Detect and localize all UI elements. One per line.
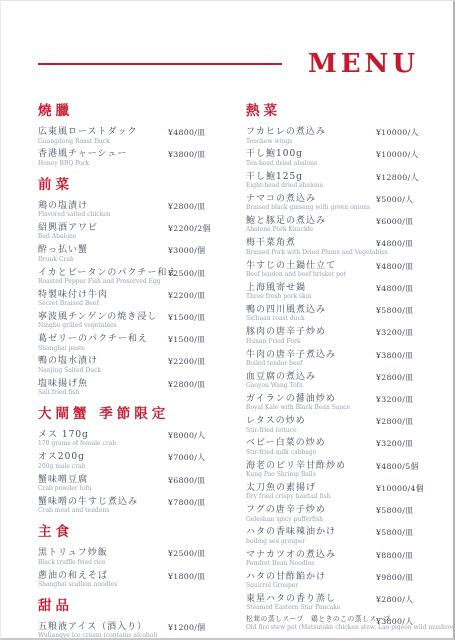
item-name-en: 170 grams of female crab [38,441,168,448]
item-name-jp: 香港風チャーシュー [38,149,168,159]
item-name-en: Dry fried crispy hairtail fish [246,494,376,501]
item-name-jp: 梅干菜角煮 [246,238,376,248]
item-price: ¥6000/皿 [376,216,438,227]
item-name-en: Salt fried fish [38,390,168,397]
menu-item: 鴨の塩水漬けNanjing Salted Duck¥2200/皿 [38,356,230,374]
section-title: 主食 [38,524,230,540]
item-name-jp: ベビー白菜の炒め [246,438,376,448]
item-name-block: イカとピータンのパクチー和えRoasted Pepper Fish and Pr… [38,268,168,286]
item-name-jp: 蟹味噌豆腐 [38,475,168,485]
menu-page: MENU 燒臘広東風ローストダックGuangdong Roast Duck¥48… [0,0,455,640]
item-price: ¥2200/2個 [168,223,230,234]
item-name-en: boiling sea grouper [246,539,376,546]
item-name-jp: 干し鮑100g [246,149,376,159]
item-price: ¥3800/皿 [376,350,438,361]
menu-item: 葛ゼリーのパクチー和えShanghai paste¥1500/皿 [38,334,230,352]
item-name-jp: ガイランの醤油炒め [246,394,376,404]
item-name-block: 梅干菜角煮Braised Pork with Dried Plums and V… [246,238,376,256]
item-name-block: 鶏の塩漬けFlavored salted chicken [38,201,168,219]
menu-item: 蟹味噌豆腐Crab powder tofu¥6800/皿 [38,475,230,493]
item-price: ¥12800/人 [376,172,438,183]
item-name-jp: 寧波風チンゲンの焼き浸し [38,312,168,322]
menu-item: 黒トリュフ炒飯Black truffle fried rice¥2500/皿 [38,548,230,566]
item-name-jp: メス 170g [38,430,168,440]
item-name-jp: 血豆腐の煮込み [246,372,376,382]
item-price: ¥4800/5個 [376,461,438,472]
item-name-en: Flavored salted chicken [38,212,168,219]
menu-item: 広東風ローストダックGuangdong Roast Duck¥4800/皿 [38,127,230,145]
item-name-jp: フグの唐辛子炒め [246,505,376,515]
item-name-en: Black truffle fried rice [38,560,168,567]
menu-item: イカとピータンのパクチー和えRoasted Pepper Fish and Pr… [38,268,230,286]
menu-column-left: 燒臘広東風ローストダックGuangdong Roast Duck¥4800/皿香… [38,103,230,640]
item-name-block: 上海風寄せ鍋Three fresh pork skin [246,283,376,301]
item-price: ¥8800/皿 [376,550,438,561]
item-name-en: Pomfret Bean Noodles [246,561,376,568]
item-name-en: Squirrel Grouper [246,583,376,590]
item-price: ¥5800/皿 [376,305,438,316]
menu-section: 大閘蟹 季節限定メス 170g170 grams of female crab¥… [38,406,230,515]
item-name-block: 葛ゼリーのパクチー和えShanghai paste [38,334,168,352]
item-name-en: Braised Pork with Dried Plums and Vegeta… [246,250,376,257]
item-name-block: レタスの炒めStir-fried lettuce [246,416,376,434]
item-price: ¥5000/人 [376,194,438,205]
menu-item: 松茸の蒸しスープ 鶏ときのこの蒸しスープOld fire stew pot (M… [246,616,438,632]
item-name-en: Beef tendon and beef brisket pot [246,272,376,279]
item-name-jp: 牛肉の唐辛子煮込み [246,350,376,360]
menu-item: ハタの香味辣油かけboiling sea grouper¥5800/皿 [246,527,438,545]
item-name-en: Braised black ginseng with green onions [246,205,376,212]
item-name-en: Stir-fried lettuce [246,428,376,435]
menu-item: 鴨の四川風煮込みSichuan roast duck¥5800/皿 [246,305,438,323]
item-name-en: Roasted Pepper Fish and Preserved Egg [38,279,168,286]
item-name-jp: レタスの炒め [246,416,376,426]
item-price: ¥4800/皿 [376,283,438,294]
item-name-block: 蔥油の和えそばShanghai scallion noodles [38,571,168,589]
section-title: 甜品 [38,598,230,614]
menu-item: 鶏の塩漬けFlavored salted chicken¥2800/皿 [38,201,230,219]
item-price: ¥10000/人 [376,149,438,160]
item-price: ¥6800/皿 [168,475,230,486]
item-name-block: ハタの香味辣油かけboiling sea grouper [246,527,376,545]
item-name-block: 五粮液アイス（酒入り）Wuliangye ice cream (contains… [38,622,168,640]
item-name-jp: 牛すじの土鍋仕立て [246,261,376,271]
item-name-jp: 葛ゼリーのパクチー和え [38,334,168,344]
menu-section: 甜品五粮液アイス（酒入り）Wuliangye ice cream (contai… [38,598,230,640]
item-name-en: Abalone Pork Knuckle [246,227,376,234]
menu-item: 紹興酒アワビBad Abalone¥2200/2個 [38,223,230,241]
item-name-block: 特製味付け牛肉Secret Braised Beef [38,290,168,308]
item-price: ¥4800/皿 [376,238,438,249]
item-name-en: Secret Braised Beef [38,301,168,308]
menu-item: ベビー白菜の炒めStir-fried milk cabbage¥3200/皿 [246,438,438,456]
item-name-block: オス200g200g male crab [38,452,168,470]
item-price: ¥3800/人 [376,616,438,627]
item-price: ¥9800/皿 [376,572,438,583]
item-name-en: Ten-head dried abalone [246,161,376,168]
item-name-jp: オス200g [38,452,168,462]
item-name-en: Ningbo grilled vegetables [38,323,168,330]
menu-item: 特製味付け牛肉Secret Braised Beef¥2200/皿 [38,290,230,308]
item-price: ¥3800/皿 [168,149,230,160]
item-name-jp: イカとピータンのパクチー和え [38,268,168,278]
item-name-en: Old fire stew pot (Matsutake chicken ste… [246,625,376,632]
item-name-block: フカヒレの煮込みTeochew wings [246,127,376,145]
menu-item: 干し鮑125gEight-head dried abalone¥12800/人 [246,172,438,190]
item-name-jp: ハタの香味辣油かけ [246,527,376,537]
menu-section: 主食黒トリュフ炒飯Black truffle fried rice¥2500/皿… [38,524,230,589]
item-name-jp: 太刀魚の素揚げ [246,483,376,493]
item-price: ¥7000/人 [168,452,230,463]
item-name-jp: 広東風ローストダック [38,127,168,137]
item-name-block: 鴨の塩水漬けNanjing Salted Duck [38,356,168,374]
item-price: ¥3000/個 [168,245,230,256]
item-name-block: マナカツオの煮込みPomfret Bean Noodles [246,550,376,568]
item-price: ¥1500/皿 [168,312,230,323]
item-name-jp: 鴨の四川風煮込み [246,305,376,315]
item-name-block: 塩味揚げ魚Salt fried fish [38,379,168,397]
menu-item: 塩味揚げ魚Salt fried fish¥2800/皿 [38,379,230,397]
item-name-en: Honey BBQ Pork [38,161,168,168]
item-name-jp: 特製味付け牛肉 [38,290,168,300]
menu-item: 五粮液アイス（酒入り）Wuliangye ice cream (contains… [38,622,230,640]
item-price: ¥2800/皿 [168,379,230,390]
item-name-block: 松茸の蒸しスープ 鶏ときのこの蒸しスープOld fire stew pot (M… [246,616,376,632]
menu-item: フカヒレの煮込みTeochew wings¥10000/人 [246,127,438,145]
menu-item: 豚肉の唐辛子炒めHunan Fried Pork¥3200/皿 [246,327,438,345]
item-price: ¥2800/皿 [376,372,438,383]
item-name-en: Royal Kale with Black Bean Sauce [246,405,376,412]
section-title: 熱菜 [246,103,438,119]
item-name-en: Bad Abalone [38,234,168,241]
menu-item: 海老のピリ辛甘酢炒めKung Pao Shrimp Balls¥4800/5個 [246,461,438,479]
menu-item: メス 170g170 grams of female crab¥8000/人 [38,430,230,448]
item-name-en: Geleshan spicy pufferfish [246,517,376,524]
item-name-block: 血豆腐の煮込みGaoyou Wang Tofu [246,372,376,390]
item-name-block: 干し鮑100gTen-head dried abalone [246,149,376,167]
section-title: 前菜 [38,177,230,193]
item-name-jp: 五粮液アイス（酒入り） [38,622,168,632]
menu-item: 梅干菜角煮Braised Pork with Dried Plums and V… [246,238,438,256]
menu-header: MENU [1,1,453,77]
item-name-block: 広東風ローストダックGuangdong Roast Duck [38,127,168,145]
item-name-jp: フカヒレの煮込み [246,127,376,137]
item-price: ¥2200/皿 [168,356,230,367]
item-name-jp: 黒トリュフ炒飯 [38,548,168,558]
item-name-en: Steamed Eastern Star Pancake [246,605,376,612]
menu-item: 牛肉の唐辛子煮込みBoiled tender beef¥3800/皿 [246,350,438,368]
item-name-jp: 松茸の蒸しスープ 鶏ときのこの蒸しスープ [246,616,376,624]
item-name-en: Nanjing Salted Duck [38,368,168,375]
item-name-en: 200g male crab [38,464,168,471]
item-name-block: 牛すじの土鍋仕立てBeef tendon and beef brisket po… [246,261,376,279]
item-price: ¥5800/皿 [376,527,438,538]
menu-section: 燒臘広東風ローストダックGuangdong Roast Duck¥4800/皿香… [38,103,230,168]
item-price: ¥1200/個 [168,622,230,633]
item-price: ¥2800/人 [376,594,438,605]
item-name-block: 太刀魚の素揚げDry fried crispy hairtail fish [246,483,376,501]
item-name-jp: 蟹味噌の牛すじ煮込み [38,497,168,507]
item-name-block: 香港風チャーシューHoney BBQ Pork [38,149,168,167]
item-name-block: 鴨の四川風煮込みSichuan roast duck [246,305,376,323]
item-name-block: 蟹味噌豆腐Crab powder tofu [38,475,168,493]
item-name-en: Shanghai paste [38,346,168,353]
menu-item: 蟹味噌の牛すじ煮込みCrab meat and tendons¥7800/皿 [38,497,230,515]
menu-item: 血豆腐の煮込みGaoyou Wang Tofu¥2800/皿 [246,372,438,390]
item-name-block: 干し鮑125gEight-head dried abalone [246,172,376,190]
item-name-block: メス 170g170 grams of female crab [38,430,168,448]
item-name-en: Kung Pao Shrimp Balls [246,472,376,479]
item-name-jp: 干し鮑125g [246,172,376,182]
item-price: ¥7800/皿 [168,497,230,508]
item-name-block: ナマコの煮込みBraised black ginseng with green … [246,194,376,212]
menu-item: マナカツオの煮込みPomfret Bean Noodles¥8800/皿 [246,550,438,568]
menu-item: 上海風寄せ鍋Three fresh pork skin¥4800/皿 [246,283,438,301]
item-name-en: Boiled tender beef [246,361,376,368]
item-price: ¥10000/人 [376,127,438,138]
menu-section: 前菜鶏の塩漬けFlavored salted chicken¥2800/皿紹興酒… [38,177,230,397]
item-price: ¥2800/皿 [376,416,438,427]
menu-item: 太刀魚の素揚げDry fried crispy hairtail fish¥10… [246,483,438,501]
item-price: ¥3200/皿 [376,394,438,405]
menu-title: MENU [308,51,419,77]
item-name-jp: 塩味揚げ魚 [38,379,168,389]
item-name-en: Gaoyou Wang Tofu [246,383,376,390]
item-name-block: 寧波風チンゲンの焼き浸しNingbo grilled vegetables [38,312,168,330]
item-name-jp: 豚肉の唐辛子炒め [246,327,376,337]
item-price: ¥2500/皿 [168,548,230,559]
item-price: ¥10000/4個 [376,483,438,494]
item-name-block: ベビー白菜の炒めStir-fried milk cabbage [246,438,376,456]
item-name-en: Drunk Crab [38,257,168,264]
item-price: ¥4800/皿 [376,261,438,272]
item-name-jp: 鴨の塩水漬け [38,356,168,366]
item-name-jp: ハタの甘酢餡かけ [246,572,376,582]
item-name-jp: 酔っ払い蟹 [38,245,168,255]
item-name-block: フグの唐辛子炒めGeleshan spicy pufferfish [246,505,376,523]
section-title: 燒臘 [38,103,230,119]
menu-column-right: 熱菜フカヒレの煮込みTeochew wings¥10000/人干し鮑100gTe… [246,103,438,640]
item-name-en: Guangdong Roast Duck [38,139,168,146]
menu-item: ガイランの醤油炒めRoyal Kale with Black Bean Sauc… [246,394,438,412]
menu-columns: 燒臘広東風ローストダックGuangdong Roast Duck¥4800/皿香… [1,77,453,640]
item-price: ¥2200/皿 [168,290,230,301]
item-name-en: Shanghai scallion noodles [38,582,168,589]
menu-item: ハタの甘酢餡かけSquirrel Grouper¥9800/皿 [246,572,438,590]
item-name-jp: 鮑と豚足の煮込み [246,216,376,226]
menu-item: レタスの炒めStir-fried lettuce¥2800/皿 [246,416,438,434]
item-name-block: 海老のピリ辛甘酢炒めKung Pao Shrimp Balls [246,461,376,479]
item-price: ¥3200/皿 [376,327,438,338]
item-price: ¥1500/皿 [168,334,230,345]
item-name-en: Crab powder tofu [38,486,168,493]
item-name-en: Sichuan roast duck [246,316,376,323]
item-name-block: 豚肉の唐辛子炒めHunan Fried Pork [246,327,376,345]
item-name-block: 牛肉の唐辛子煮込みBoiled tender beef [246,350,376,368]
item-price: ¥2800/皿 [168,201,230,212]
menu-item: 酔っ払い蟹Drunk Crab¥3000/個 [38,245,230,263]
item-price: ¥5800/皿 [376,505,438,516]
item-price: ¥8000/人 [168,430,230,441]
item-name-jp: 上海風寄せ鍋 [246,283,376,293]
item-price: ¥2500/皿 [168,268,230,279]
item-name-block: 東星ハタの香り蒸しSteamed Eastern Star Pancake [246,594,376,612]
item-name-block: 黒トリュフ炒飯Black truffle fried rice [38,548,168,566]
menu-item: 鮑と豚足の煮込みAbalone Pork Knuckle¥6000/皿 [246,216,438,234]
menu-item: ナマコの煮込みBraised black ginseng with green … [246,194,438,212]
item-name-block: ガイランの醤油炒めRoyal Kale with Black Bean Sauc… [246,394,376,412]
menu-item: オス200g200g male crab¥7000/人 [38,452,230,470]
item-name-block: 酔っ払い蟹Drunk Crab [38,245,168,263]
item-name-jp: 鶏の塩漬け [38,201,168,211]
item-name-block: 鮑と豚足の煮込みAbalone Pork Knuckle [246,216,376,234]
item-name-en: Stir-fried milk cabbage [246,450,376,457]
item-name-en: Three fresh pork skin [246,294,376,301]
menu-section: 熱菜フカヒレの煮込みTeochew wings¥10000/人干し鮑100gTe… [246,103,438,632]
item-name-block: 紹興酒アワビBad Abalone [38,223,168,241]
item-name-jp: 蔥油の和えそば [38,571,168,581]
menu-item: 蔥油の和えそばShanghai scallion noodles¥1800/皿 [38,571,230,589]
item-name-en: Teochew wings [246,139,376,146]
item-name-jp: 海老のピリ辛甘酢炒め [246,461,376,471]
item-name-block: 蟹味噌の牛すじ煮込みCrab meat and tendons [38,497,168,515]
menu-item: フグの唐辛子炒めGeleshan spicy pufferfish¥5800/皿 [246,505,438,523]
item-name-jp: マナカツオの煮込み [246,550,376,560]
menu-item: 東星ハタの香り蒸しSteamed Eastern Star Pancake¥28… [246,594,438,612]
item-name-en: Eight-head dried abalone [246,183,376,190]
item-name-en: Wuliangye ice cream (contains alcohol) [38,633,168,640]
menu-item: 干し鮑100gTen-head dried abalone¥10000/人 [246,149,438,167]
menu-item: 寧波風チンゲンの焼き浸しNingbo grilled vegetables¥15… [38,312,230,330]
item-price: ¥1800/皿 [168,571,230,582]
item-price: ¥4800/皿 [168,127,230,138]
item-name-en: Crab meat and tendons [38,508,168,515]
header-rule [38,63,282,65]
item-name-jp: 東星ハタの香り蒸し [246,594,376,604]
item-name-en: Hunan Fried Pork [246,339,376,346]
item-name-jp: 紹興酒アワビ [38,223,168,233]
item-price: ¥3200/皿 [376,438,438,449]
item-name-block: ハタの甘酢餡かけSquirrel Grouper [246,572,376,590]
item-name-jp: ナマコの煮込み [246,194,376,204]
menu-item: 牛すじの土鍋仕立てBeef tendon and beef brisket po… [246,261,438,279]
menu-item: 香港風チャーシューHoney BBQ Pork¥3800/皿 [38,149,230,167]
section-title: 大閘蟹 季節限定 [38,406,230,422]
